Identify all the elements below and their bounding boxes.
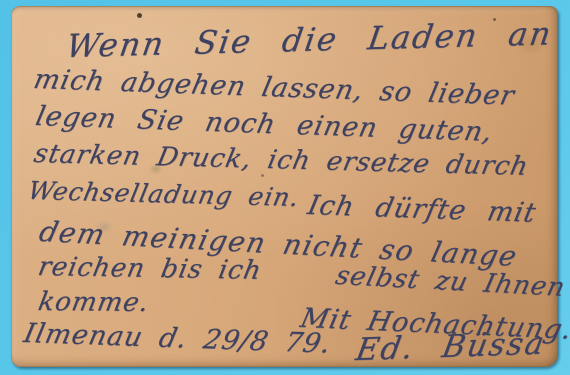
handwriting-line-10: komme. (36, 289, 151, 316)
handwriting-line-3: legen Sie noch einen guten, (33, 103, 495, 146)
scan-background: Wenn Sie die Laden an mich abgehen lasse… (0, 0, 570, 375)
ink-speck (137, 13, 142, 18)
postcard: Wenn Sie die Laden an mich abgehen lasse… (11, 6, 558, 367)
handwriting-line-5: Wechselladung ein. (26, 178, 302, 210)
handwriting-line-4: starken Druck, ich ersetze durch (32, 141, 531, 180)
signature-line: Ed. Büssa (353, 328, 548, 366)
dateline: Ilmenau d. 29/8 79. (21, 320, 333, 358)
handwriting-line-6: Ich dürfte mit (305, 192, 538, 227)
handwriting-line-9: selbst zu Ihnen (333, 263, 568, 301)
handwriting-line-1: Wenn Sie die Laden an (64, 17, 555, 62)
handwriting-line-8: reichen bis ich (36, 254, 264, 284)
